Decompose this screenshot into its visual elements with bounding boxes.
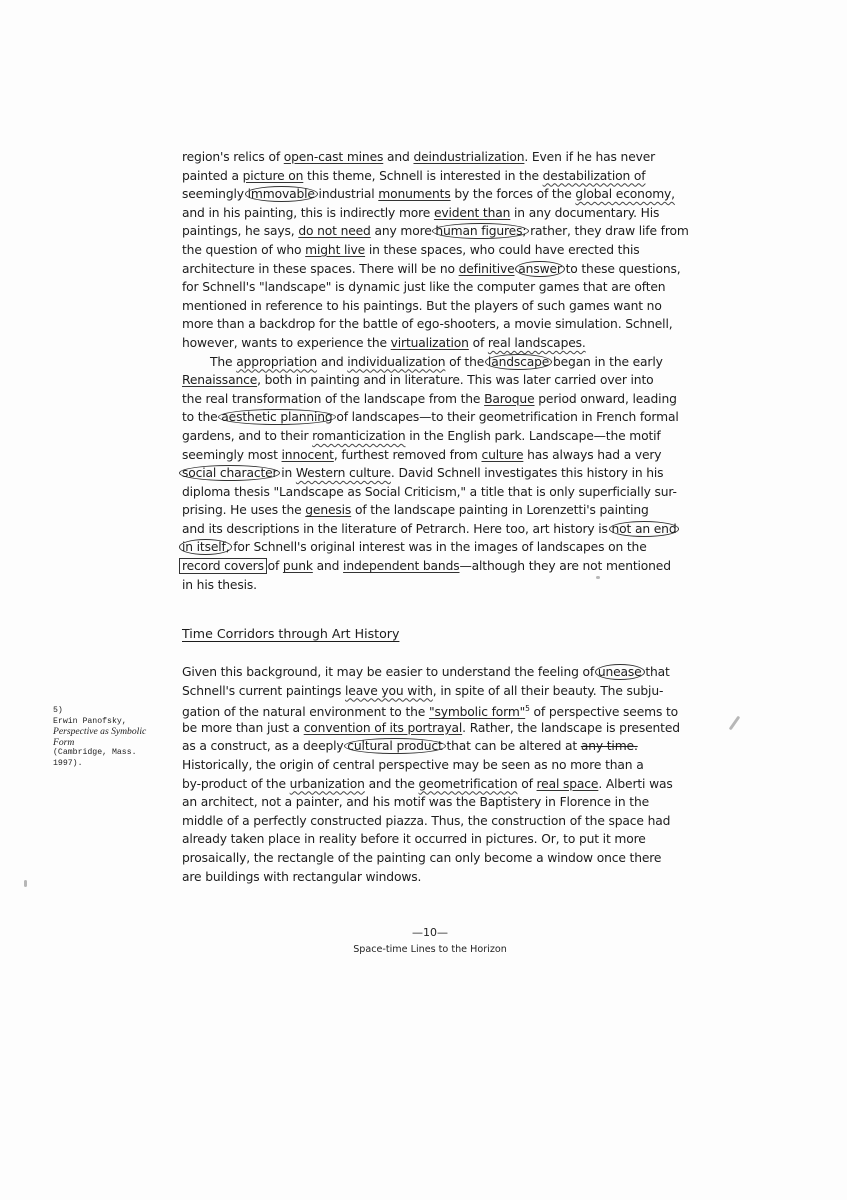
text-line: and its descriptions in the literature o… — [182, 520, 662, 539]
text-line: be more than just a convention of its po… — [182, 719, 662, 738]
text-line: seemingly immovable industrial monuments… — [182, 185, 662, 204]
stray-pencil-mark — [729, 716, 741, 731]
text-line: in his thesis. — [182, 576, 662, 595]
text-line: gardens, and to their romanticization in… — [182, 427, 662, 446]
text-line: already taken place in reality before it… — [182, 830, 662, 849]
text-line: Given this background, it may be easier … — [182, 663, 662, 682]
text-line: diploma thesis "Landscape as Social Crit… — [182, 483, 662, 502]
footnote-5: 5) Erwin Panofsky, Perspective as Symbol… — [53, 706, 183, 770]
page-number: —10— — [300, 926, 560, 939]
text-line: the real transformation of the landscape… — [182, 390, 662, 409]
text-line: painted a picture on this theme, Schnell… — [182, 167, 662, 186]
text-line: social character in Western culture. Dav… — [182, 464, 662, 483]
text-line: as a construct, as a deeply cultural pro… — [182, 737, 662, 756]
text-line: seemingly most innocent, furthest remove… — [182, 446, 662, 465]
footnote-year: 1997). — [53, 759, 183, 770]
text-line: Schnell's current paintings leave you wi… — [182, 682, 662, 701]
text-line: record covers of punk and independent ba… — [182, 557, 662, 576]
stray-pencil-mark — [24, 880, 27, 887]
section-heading: Time Corridors through Art History — [182, 626, 399, 641]
stray-pencil-mark — [596, 576, 600, 579]
text-line: an architect, not a painter, and his mot… — [182, 793, 662, 812]
text-line: region's relics of open-cast mines and d… — [182, 148, 662, 167]
running-footer: Space-time Lines to the Horizon — [300, 944, 560, 955]
text-line: more than a backdrop for the battle of e… — [182, 315, 662, 334]
paragraph-unease: Given this background, it may be easier … — [182, 663, 662, 886]
text-line: architecture in these spaces. There will… — [182, 260, 662, 279]
footnote-publisher: (Cambridge, Mass. — [53, 748, 183, 759]
text-line: mentioned in reference to his paintings.… — [182, 297, 662, 316]
text-line: Historically, the origin of central pers… — [182, 756, 662, 775]
text-line: prosaically, the rectangle of the painti… — [182, 849, 662, 868]
text-line: gation of the natural environment to the… — [182, 700, 662, 719]
text-line: middle of a perfectly constructed piazza… — [182, 812, 662, 831]
text-line: in itself, for Schnell's original intere… — [182, 538, 662, 557]
text-line: are buildings with rectangular windows. — [182, 868, 662, 887]
paragraph-landscape-virtualization: region's relics of open-cast mines and d… — [182, 148, 662, 594]
text-line: paintings, he says, do not need any more… — [182, 222, 662, 241]
text-line: for Schnell's "landscape" is dynamic jus… — [182, 278, 662, 297]
text-line: prising. He uses the genesis of the land… — [182, 501, 662, 520]
text-line: and in his painting, this is indirectly … — [182, 204, 662, 223]
text-line: however, wants to experience the virtual… — [182, 334, 662, 353]
footnote-title-cont: Form — [53, 738, 183, 749]
text-line: The appropriation and individualization … — [182, 353, 662, 372]
footnote-number: 5) — [53, 706, 183, 717]
document-page: region's relics of open-cast mines and d… — [0, 0, 847, 1200]
text-line: to the aesthetic planning of landscapes—… — [182, 408, 662, 427]
text-line: Renaissance, both in painting and in lit… — [182, 371, 662, 390]
text-line: the question of who might live in these … — [182, 241, 662, 260]
text-line: by-product of the urbanization and the g… — [182, 775, 662, 794]
